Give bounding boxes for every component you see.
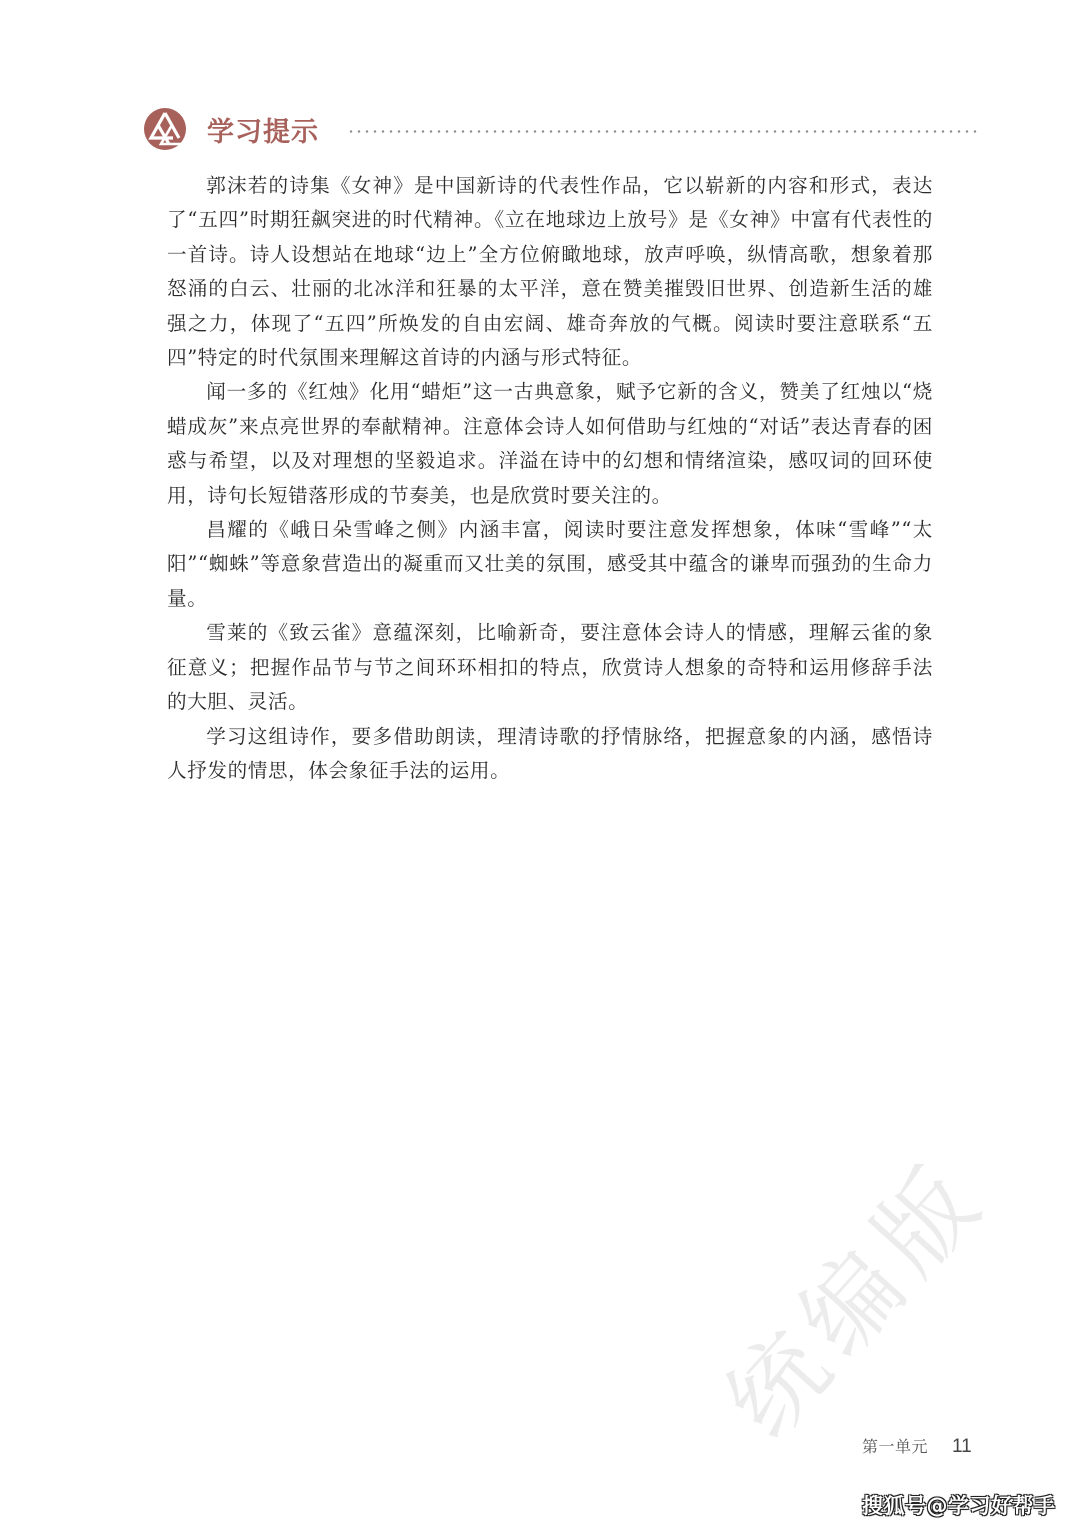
section-title: 学习提示 (207, 110, 319, 149)
study-tips-body: 郭沫若的诗集《女神》是中国新诗的代表性作品，它以崭新的内容和形式，表达了“五四”… (167, 169, 933, 788)
unit-label: 第一单元 (862, 1434, 928, 1457)
dotted-divider (347, 130, 978, 133)
edition-watermark: 统编版 (690, 1125, 1013, 1462)
paragraph-nvshen: 郭沫若的诗集《女神》是中国新诗的代表性作品，它以崭新的内容和形式，表达了“五四”… (167, 169, 933, 375)
source-watermark: 搜狐号@学习好帮手 (862, 1490, 1056, 1520)
paragraph-summary: 学习这组诗作，要多借助朗读，理清诗歌的抒情脉络，把握意象的内涵，感悟诗人抒发的情… (167, 720, 933, 789)
paragraph-yunque: 雪莱的《致云雀》意蕴深刻，比喻新奇，要注意体会诗人的情感，理解云雀的象征意义；把… (167, 616, 933, 719)
page-footer: 第一单元 11 (862, 1434, 972, 1458)
paragraph-eriduo: 昌耀的《峨日朵雪峰之侧》内涵丰富，阅读时要注意发挥想象，体味“雪峰”“太阳”“蜘… (167, 513, 933, 616)
triangle-swirl-logo-icon (143, 107, 187, 151)
paragraph-hongzhu: 闻一多的《红烛》化用“蜡炬”这一古典意象，赋予它新的含义，赞美了红烛以“烧蜡成灰… (167, 375, 933, 513)
page-number: 11 (952, 1436, 972, 1458)
section-header: 学习提示 (143, 104, 978, 154)
